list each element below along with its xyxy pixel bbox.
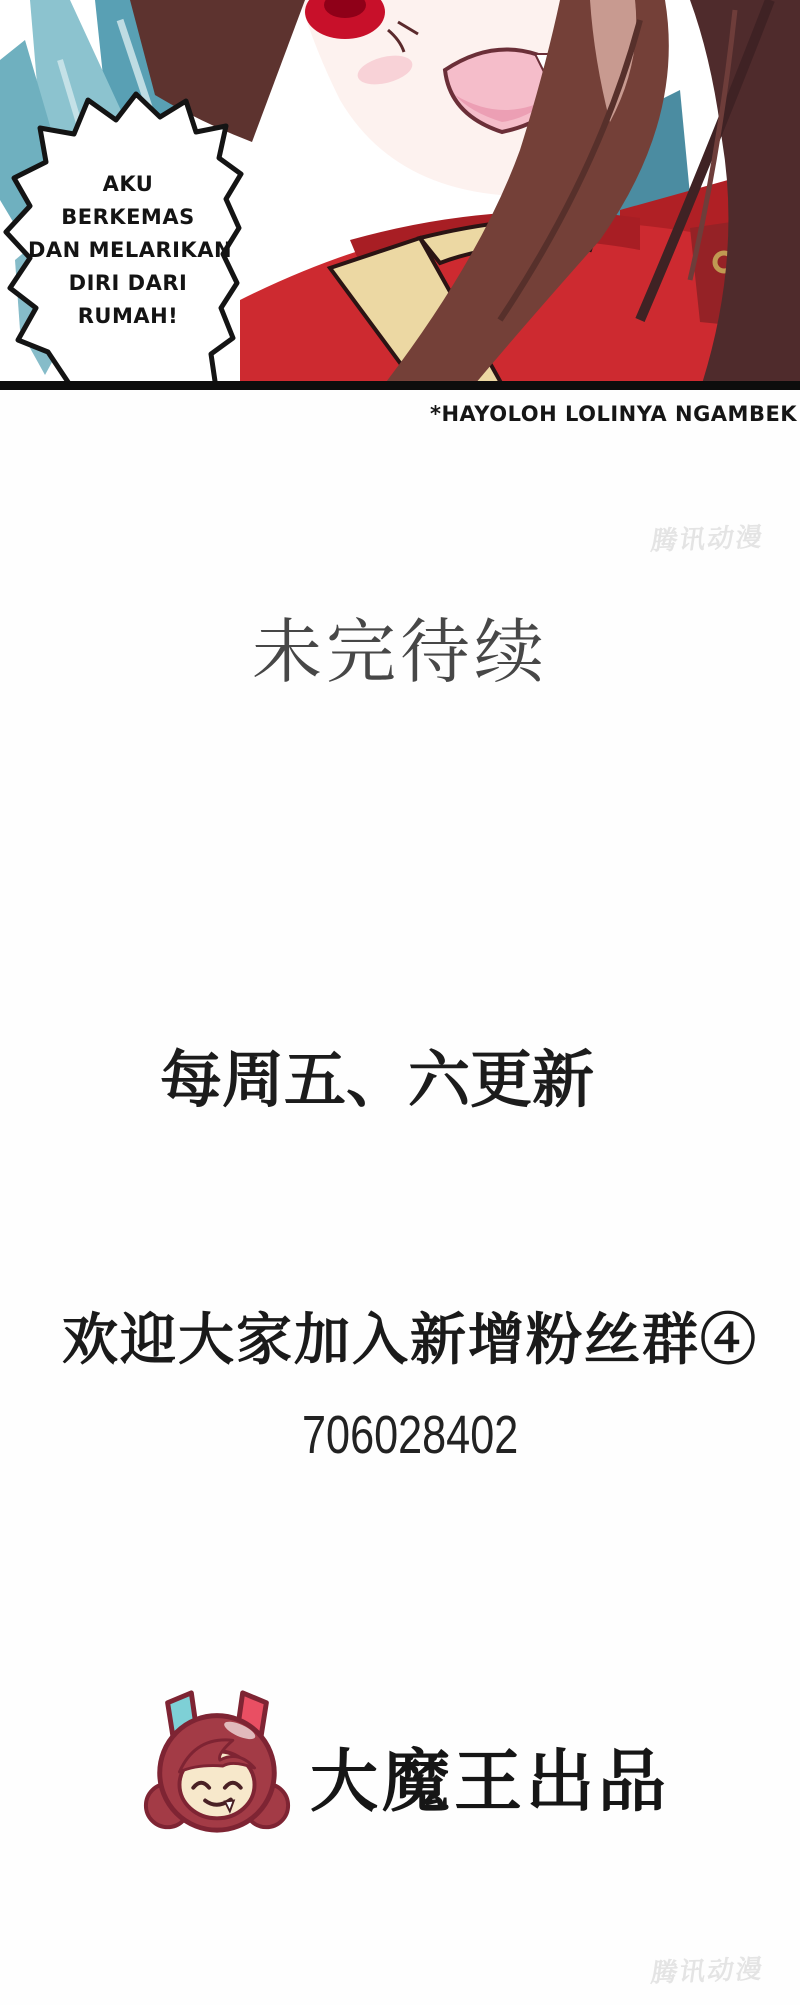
speech-line: AKU [28,168,228,201]
translator-note: *HAYOLOH LOLINYA NGAMBEK [430,402,775,426]
manga-page: AKU BERKEMAS DAN MELARIKAN DIRI DARI RUM… [0,0,800,2005]
speech-line: DAN MELARIKAN [28,234,228,267]
fan-group-number: 706028402 [10,1404,800,1466]
speech-line: DIRI DARI [28,267,228,300]
panel-border [0,381,800,390]
speech-line: BERKEMAS [28,201,228,234]
demon-girl-emoji-icon [138,1688,296,1838]
watermark-top: 腾讯动漫 [649,515,800,557]
producer-label: 大魔王出品 [310,1702,670,1825]
watermark-bottom: 腾讯动漫 [649,1947,800,1989]
update-schedule-text: 每周五、六更新 [0,1030,777,1119]
speech-bubble-text: AKU BERKEMAS DAN MELARIKAN DIRI DARI RUM… [28,168,228,333]
fan-group-invite-text: 欢迎大家加入新增粉丝群④ [10,1296,800,1376]
comic-panel: AKU BERKEMAS DAN MELARIKAN DIRI DARI RUM… [0,0,800,390]
producer-credit: 大魔王出品 [138,1688,670,1838]
to-be-continued-text: 未完待续 [0,596,800,697]
speech-line: RUMAH! [28,300,228,333]
fan-group-number-digits: 706028402 [302,1404,518,1466]
